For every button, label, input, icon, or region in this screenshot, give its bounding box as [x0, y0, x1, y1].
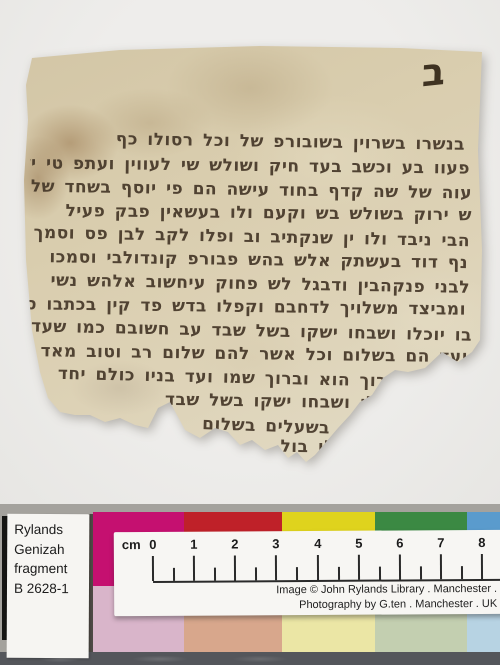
ruler-major-tick	[152, 556, 154, 581]
ruler-major-tick	[193, 556, 195, 581]
ruler-tick-label: 7	[431, 535, 451, 550]
ruler-minor-tick	[461, 566, 463, 579]
calibration-board: Rylands Genizah fragment B 2628-1 cm Ima…	[0, 504, 500, 665]
ruler-unit-label: cm	[122, 537, 141, 552]
ruler-major-tick	[440, 554, 442, 579]
photo-background: ב בנשרו בשרוין בשובורפ של וכל רסולו כף ק…	[0, 0, 500, 505]
ruler-major-tick	[399, 554, 401, 579]
ruler-tick-label: 1	[184, 537, 204, 552]
ruler-major-tick	[358, 555, 360, 580]
ruler-tick-label: 3	[266, 536, 286, 551]
ruler-minor-tick	[379, 567, 381, 580]
ruler-minor-tick	[338, 567, 340, 580]
ruler-major-tick	[317, 555, 319, 580]
ruler-tick-label: 5	[349, 536, 369, 551]
ruler-minor-tick	[173, 568, 175, 581]
ruler-minor-tick	[296, 567, 298, 580]
shelfmark-line: fragment	[14, 559, 89, 579]
shelfmark-line: Rylands	[14, 520, 89, 540]
shelfmark-line: B 2628-1	[14, 578, 89, 598]
ruler-minor-tick	[255, 567, 257, 580]
hebrew-header-mark: ב	[421, 49, 446, 96]
ruler-card: cm Image © John Rylands Library . Manche…	[114, 530, 500, 616]
ruler-captions: Image © John Rylands Library . Mancheste…	[174, 582, 497, 613]
ruler-major-tick	[275, 555, 277, 580]
manuscript-paper: ב בנשרו בשרוין בשובורפ של וכל רסולו כף ק…	[0, 28, 500, 488]
ruler-tick-label: 6	[390, 535, 410, 550]
ruler-major-tick	[234, 555, 236, 580]
ruler-major-tick	[481, 554, 483, 579]
copyright-caption: Image © John Rylands Library . Mancheste…	[174, 582, 497, 598]
ruler-tick-label: 2	[225, 536, 245, 551]
ruler-tick-label: 0	[143, 537, 163, 552]
shelfmark-line: Genizah	[14, 539, 89, 559]
ruler-tick-label: 4	[308, 536, 328, 551]
photographer-caption: Photography by G.ten . Manchester . UK	[174, 596, 497, 612]
shelfmark-label: Rylands Genizah fragment B 2628-1	[7, 514, 90, 658]
manuscript-fragment: ב בנשרו בשרוין בשובורפ של וכל רסולו כף ק…	[0, 28, 500, 488]
ruler-minor-tick	[420, 566, 422, 579]
manuscript-line: לו בול	[265, 434, 335, 461]
ruler-tick-label: 8	[472, 535, 492, 550]
ruler-minor-tick	[214, 568, 216, 581]
